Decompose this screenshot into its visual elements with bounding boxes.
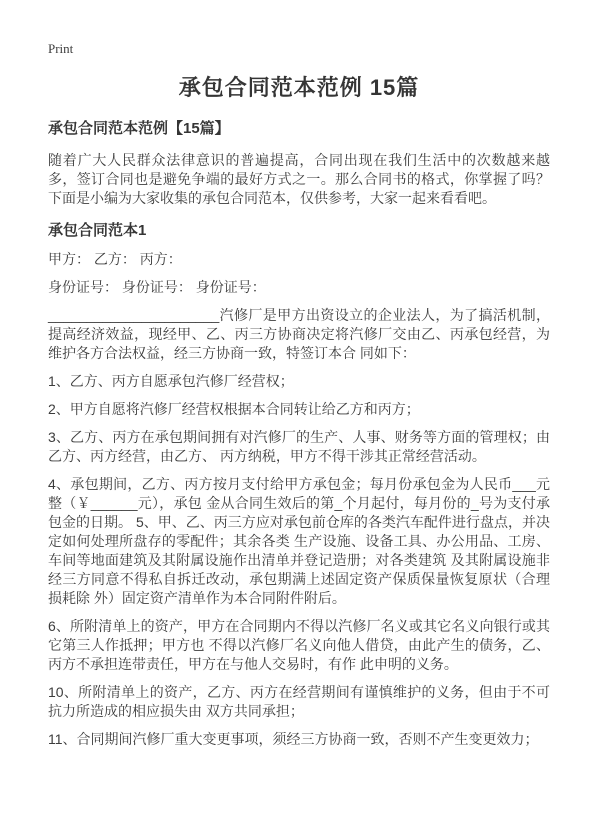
clause-10: 10、所附清单上的资产，乙方、丙方在经营期间有谨慎维护的义务，但由于不可抗力所造…: [48, 683, 550, 721]
document-page: Print 承包合同范本范例 15篇 承包合同范本范例【15篇】 随着广大人民群…: [0, 0, 600, 828]
print-button[interactable]: Print: [48, 41, 73, 57]
document-subtitle: 承包合同范本范例【15篇】: [48, 119, 550, 138]
document-title: 承包合同范本范例 15篇: [48, 75, 550, 101]
clause-2: 2、甲方自愿将汽修厂经营权根据本合同转让给乙方和丙方；: [48, 400, 550, 419]
parties-line: 甲方： 乙方： 丙方：: [48, 250, 550, 269]
clause-3: 3、乙方、丙方在承包期间拥有对汽修厂的生产、人事、财务等方面的管理权；由乙方、丙…: [48, 428, 550, 466]
clause-4-5: 4、承包期间，乙方、丙方按月支付给甲方承包金；每月份承包金为人民币___元整（￥…: [48, 475, 550, 608]
intro-paragraph: 随着广大人民群众法律意识的普遍提高，合同出现在我们生活中的次数越来越多，签订合同…: [48, 151, 550, 208]
clause-6: 6、所附清单上的资产，甲方在合同期内不得以汽修厂名义或其它名义向银行或其它第三人…: [48, 617, 550, 674]
clause-11: 11、合同期间汽修厂重大变更事项，须经三方协商一致，否则不产生变更效力；: [48, 730, 550, 749]
preamble-paragraph: ______________________汽修厂是甲方出资设立的企业法人，为了…: [48, 306, 550, 363]
clause-1: 1、乙方、丙方自愿承包汽修厂经营权；: [48, 372, 550, 391]
section-heading-template-1: 承包合同范本1: [48, 221, 550, 240]
id-numbers-line: 身份证号： 身份证号： 身份证号：: [48, 278, 550, 297]
